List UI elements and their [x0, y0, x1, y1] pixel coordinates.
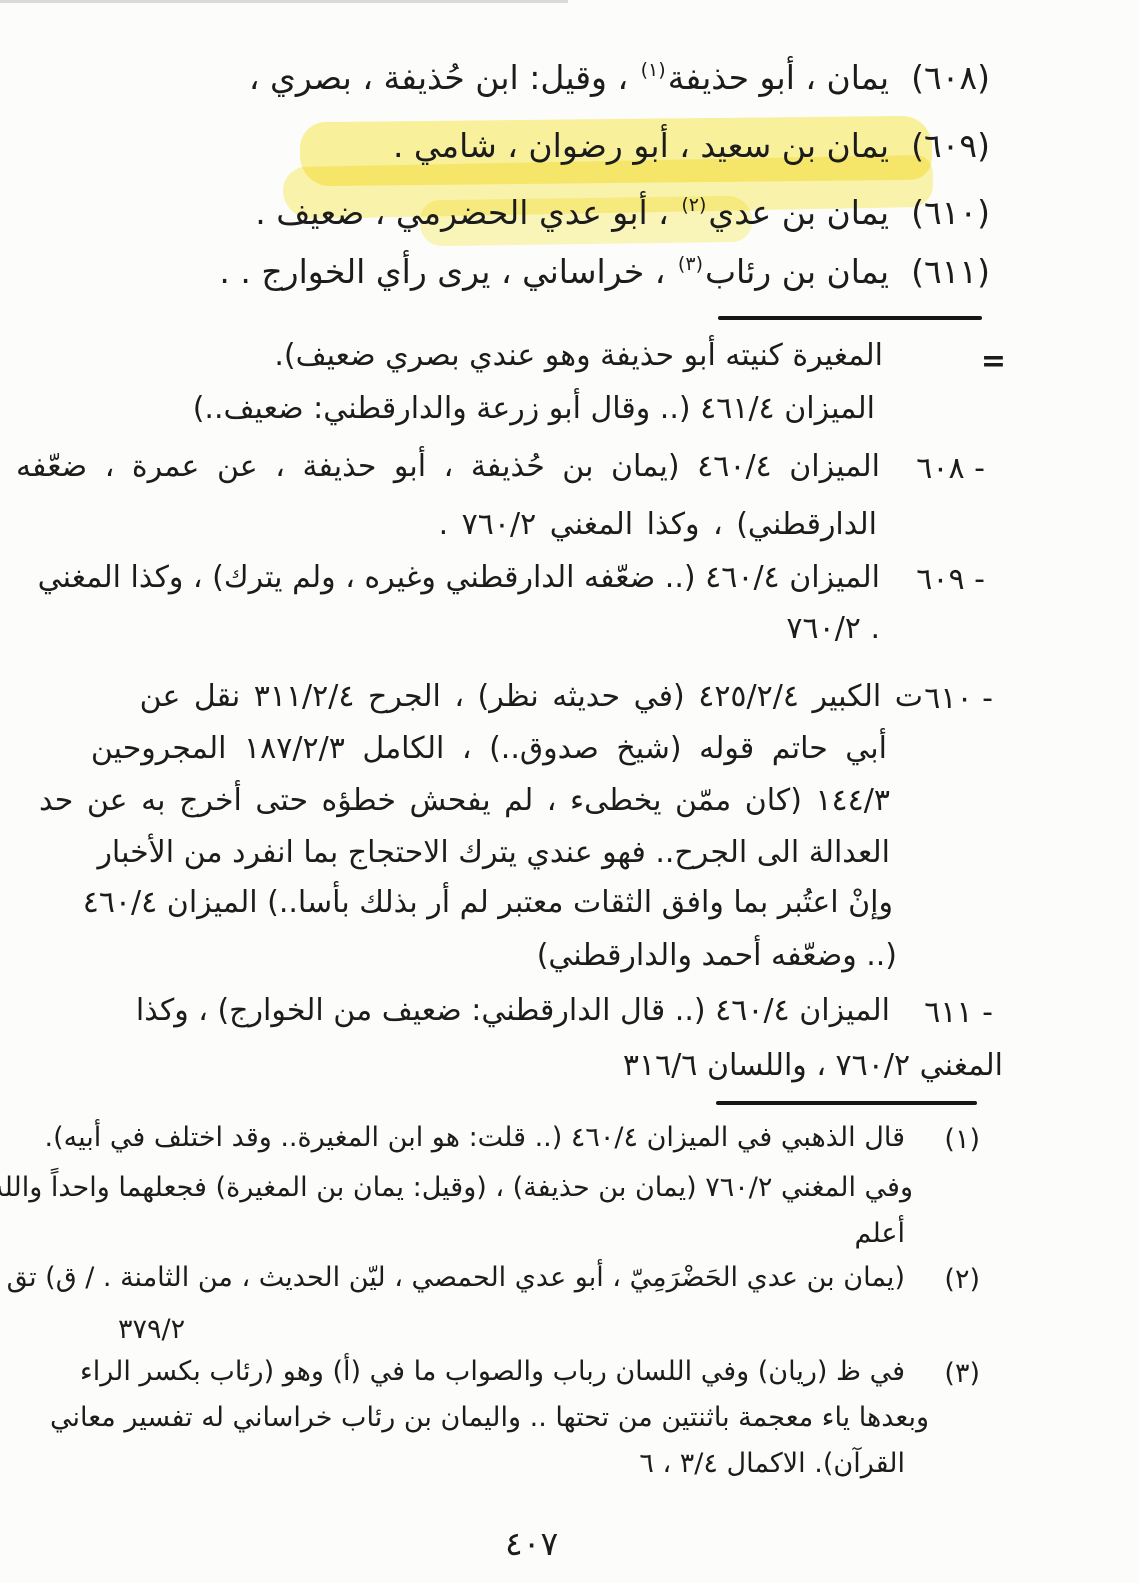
footnote-1-line-3: أعلم: [854, 1218, 905, 1249]
footnote-marker-2: (٢): [681, 194, 706, 216]
ref-610-line-3: ١٤٤/٣ (كان ممّن يخطىء ، لم يفحش خطؤه حتى…: [39, 783, 890, 818]
ref-number-608: ٦٠٨ -: [916, 451, 985, 486]
ref-610-line-4: العدالة الى الجرح.. فهو عندي يترك الاحتج…: [97, 835, 890, 870]
continuation-line-2: الميزان ٤٦١/٤ (.. وقال أبو زرعة والدارقط…: [193, 391, 875, 426]
section-divider-top: [718, 316, 982, 320]
page-number: ٤٠٧: [505, 1524, 558, 1563]
entry-rest: ، خراساني ، يرى رأي الخوارج . .: [219, 252, 676, 291]
footnote-2-number: (٢): [944, 1264, 980, 1295]
ref-610-line-2: أبي حاتم قوله (شيخ صدوق..) ، الكامل ١٨٧/…: [91, 731, 887, 766]
footnote-3-line-1: في ظ (ريان) وفي اللسان رباب والصواب ما ف…: [80, 1356, 905, 1387]
continuation-marker: =: [981, 344, 1006, 379]
footnote-3-number: (٣): [944, 1358, 980, 1389]
footnote-1-number: (١): [944, 1124, 980, 1155]
footnote-2-line-1: (يمان بن عدي الحَضْرَمِيّ ، أبو عدي الحم…: [7, 1262, 905, 1293]
entry-line-610: (٦١٠)يمان بن عدي(٢) ، أبو عدي الحضرمي ، …: [255, 193, 990, 232]
ref-611-line-1: الميزان ٤٦٠/٤ (.. قال الدارقطني: ضعيف من…: [136, 993, 890, 1028]
footnote-marker-1: (١): [641, 59, 666, 81]
footnote-divider: [716, 1101, 977, 1105]
entry-line-611: (٦١١)يمان بن رئاب(٣) ، خراساني ، يرى رأي…: [219, 252, 990, 291]
footnote-3-line-2: وبعدها ياء معجمة باثنتين من تحتها .. وال…: [50, 1402, 929, 1433]
footnote-3-line-3: القرآن). الاكمال ٣/٤ ، ٦: [639, 1448, 905, 1479]
scan-artifact-line: [0, 0, 568, 3]
footnote-1-line-1: قال الذهبي في الميزان ٤٦٠/٤ (.. قلت: هو …: [45, 1122, 906, 1153]
ref-number-610: ٦١٠ -: [924, 681, 993, 716]
ref-610-line-5: وإنْ اعتُبر بما وافق الثقات معتبر لم أر …: [83, 885, 893, 920]
entry-rest: ، وقيل: ابن حُذيفة ، بصري ،: [249, 58, 639, 97]
ref-number-609: ٦٠٩ -: [916, 562, 985, 597]
entry-name: يمان بن عدي: [708, 193, 889, 232]
footnote-2-line-2: ٣٧٩/٢: [118, 1314, 185, 1345]
ref-609-line-1: الميزان ٤٦٠/٤ (.. ضعّفه الدارقطني وغيره …: [38, 560, 880, 595]
ref-608-line-1: الميزان ٤٦٠/٤ (يمان بن حُذيفة ، أبو حذيف…: [16, 449, 880, 484]
entry-number: (٦١٠): [911, 193, 990, 232]
entry-number: (٦٠٩): [911, 126, 990, 165]
ref-number-611: ٦١١ -: [924, 995, 993, 1030]
ref-608-line-2: الدارقطني) ، وكذا المغني ٧٦٠/٢ .: [439, 507, 877, 542]
entry-rest: ، أبو عدي الحضرمي ، ضعيف .: [255, 193, 679, 232]
entry-number: (٦٠٨): [911, 58, 990, 97]
entry-line-608: (٦٠٨)يمان ، أبو حذيفة(١) ، وقيل: ابن حُذ…: [249, 58, 990, 97]
footnote-marker-3: (٣): [678, 253, 703, 275]
continuation-line-1: المغيرة كنيته أبو حذيفة وهو عندي بصري ضع…: [274, 338, 883, 373]
entry-name: يمان بن سعيد ، أبو رضوان ، شامي .: [393, 126, 889, 165]
ref-610-line-6: (.. وضعّفه أحمد والدارقطني): [537, 938, 897, 973]
ref-609-line-2: ٧٦٠/٢ .: [786, 611, 880, 646]
entry-number: (٦١١): [911, 252, 990, 291]
entry-name: يمان ، أبو حذيفة: [668, 58, 889, 97]
entry-line-609-highlighted: (٦٠٩)يمان بن سعيد ، أبو رضوان ، شامي .: [389, 126, 990, 165]
ref-611-line-2: المغني ٧٦٠/٢ ، واللسان ٣١٦/٦: [623, 1048, 1003, 1083]
footnote-1-line-2: وفي المغني ٧٦٠/٢ (يمان بن حذيفة) ، (وقيل…: [0, 1172, 913, 1203]
entry-name: يمان بن رئاب: [705, 252, 889, 291]
scanned-book-page: (٦٠٨)يمان ، أبو حذيفة(١) ، وقيل: ابن حُذ…: [0, 0, 1139, 1583]
ref-610-line-1: ت الكبير ٤٢٥/٢/٤ (في حديثه نظر) ، الجرح …: [140, 679, 923, 714]
